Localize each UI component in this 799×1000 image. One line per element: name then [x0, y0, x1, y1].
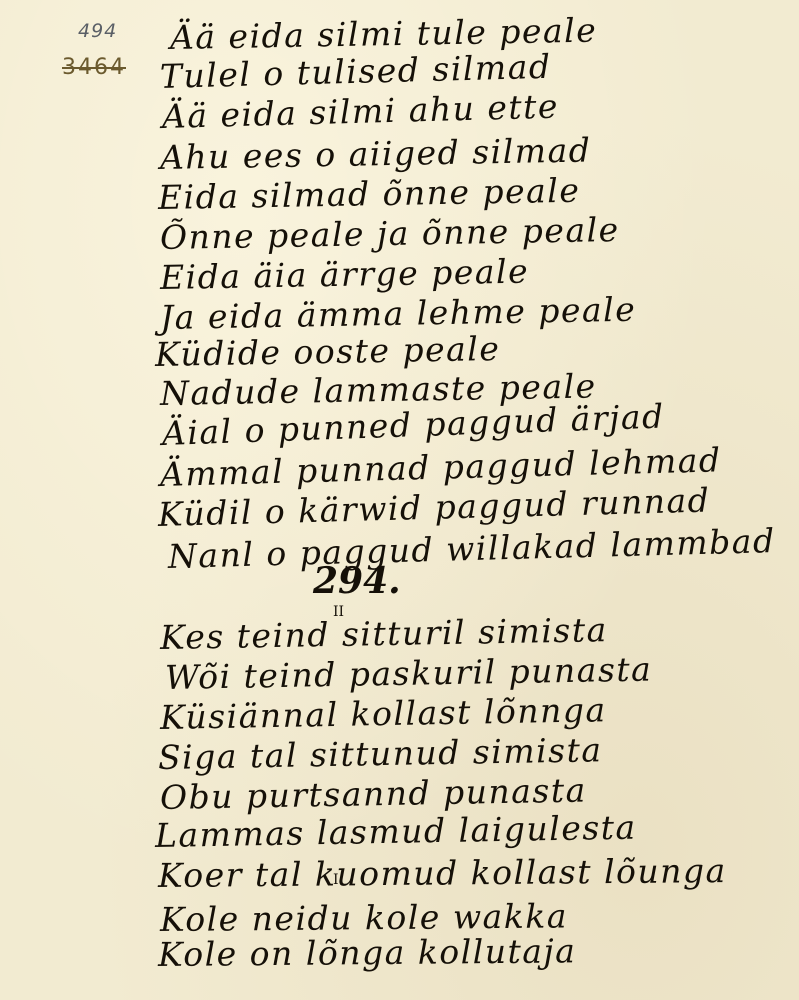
verse-line: Lammas lasmud laigulesta: [155, 808, 637, 855]
variant-mark: I: [333, 872, 339, 888]
manuscript-page: 494 3464 Ää eida silmi tule peale Tulel …: [0, 0, 799, 1000]
song-2: II Kes teind sitturil simista Wõi teind …: [0, 0, 799, 1000]
verse-line: Kes teind sitturil simista: [160, 610, 608, 657]
verse-line: Siga tal sittunud simista: [158, 730, 603, 777]
verse-line: Küsiännal kollast lõnnga: [160, 690, 607, 737]
verse-line: Koer tal kuomud kollast lõunga: [158, 851, 727, 895]
verse-line: Kole on lõnga kollutaja: [158, 931, 577, 974]
